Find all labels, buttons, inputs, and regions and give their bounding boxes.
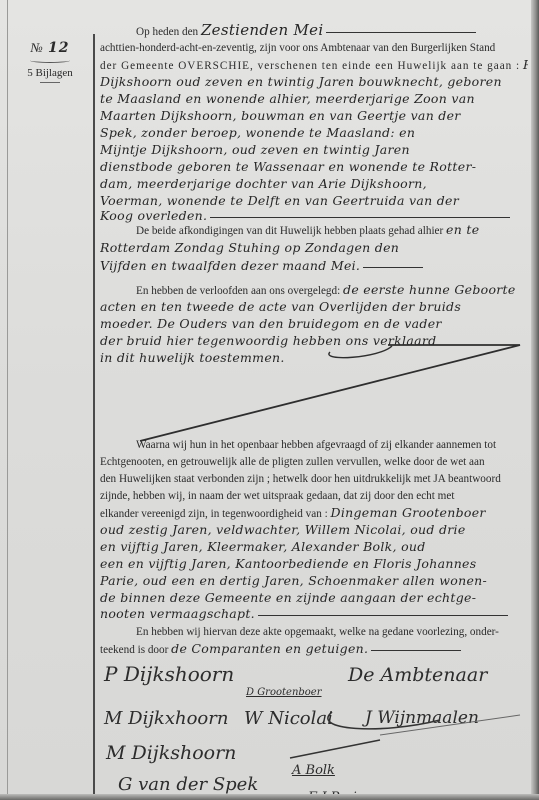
page-edge-shadow — [531, 0, 539, 800]
text-line: moeder. De Ouders van den bruidegom en d… — [100, 316, 528, 334]
margin-rule — [93, 34, 95, 800]
page-bottom-edge — [0, 794, 539, 800]
signature-mother-groom: G van der Spek — [118, 774, 258, 795]
text-line: zijnde, hebben wij, in naam der wet uits… — [100, 488, 528, 506]
text-line: Vijfden en twaalfden dezer maand Mei. — [100, 258, 528, 276]
text-line: Dijkshoorn oud zeven en twintig Jaren bo… — [100, 74, 528, 92]
groom-first-name: Paulus — [523, 57, 528, 72]
signature-official: J Wijnmaalen — [365, 708, 479, 728]
signature-father-groom: M Dijkxhoorn — [104, 708, 228, 729]
text-line: Echtgenooten, en getrouwelijk alle de pl… — [100, 454, 528, 472]
text-line: Rotterdam Zondag Stuhing op Zondagen den — [100, 240, 528, 258]
text-line: in dit huwelijk toestemmen. — [100, 350, 528, 368]
signature-witness-1: D Grootenboer — [246, 687, 322, 698]
text-line: een en vijftig Jaren, Kantoorbediende en… — [100, 556, 528, 574]
text-line: te Maasland en wonende alhier, meerderja… — [100, 91, 528, 109]
text-line: der bruid hier tegenwoordig hebben ons v… — [100, 333, 528, 351]
text-line: En hebben de verloofden aan ons overgele… — [100, 282, 539, 300]
divider — [40, 82, 60, 83]
text-line: acten en ten tweede de acte van Overlijd… — [100, 299, 528, 317]
text-line: den Huwelijken staat verbonden zijn ; he… — [100, 471, 528, 489]
signature-witness-3: A Bolk — [292, 763, 335, 778]
signature-groom: P Dijkshoorn — [104, 662, 234, 686]
date-handwritten: Zestienden Mei — [201, 22, 324, 39]
attachments-count: 5 Bijlagen — [12, 67, 88, 79]
text-line: der Gemeente OVERSCHIE, verschenen ten e… — [100, 57, 528, 75]
text-line: Maarten Dijkshoorn, bouwman en van Geert… — [100, 108, 528, 126]
text-line: Waarna wij hun in het openbaar hebben af… — [100, 437, 539, 455]
margin-annotations: № 12 5 Bijlagen — [12, 40, 88, 83]
text-line: dienstbode geboren te Wassenaar en wonen… — [100, 159, 528, 177]
text-line: nooten vermaagschapt. — [100, 606, 528, 624]
text-line: dam, meerderjarige dochter van Arie Dijk… — [100, 176, 528, 194]
text-line: Mijntje Dijkshoorn, oud zeven en twintig… — [100, 142, 528, 160]
text-line: en vijftig Jaren, Kleermaker, Alexander … — [100, 539, 528, 557]
text-line: De beide afkondigingen van dit Huwelijk … — [100, 222, 539, 240]
signature-official-title: De Ambtenaar — [348, 664, 487, 686]
text-line: oud zestig Jaren, veldwachter, Willem Ni… — [100, 522, 528, 540]
record-number: № 12 — [12, 40, 88, 56]
text-line: Spek, zonder beroep, wonende te Maasland… — [100, 125, 528, 143]
number-value: 12 — [48, 40, 69, 56]
text-line: En hebben wij hiervan deze akte opgemaak… — [100, 624, 539, 642]
signature-bride: M Dijkshoorn — [106, 742, 236, 764]
text-line: Parie, oud een en dertig Jaren, Schoenma… — [100, 573, 528, 591]
text-line: Op heden den Zestienden Mei — [100, 22, 539, 40]
flourish-divider — [30, 58, 70, 63]
signature-witness-2: W Nicolai — [244, 708, 333, 729]
document-page: № 12 5 Bijlagen Op heden den Zestienden … — [0, 0, 539, 800]
page-edge-line — [7, 0, 8, 800]
text-line: achttien-honderd-acht-en-zeventig, zijn … — [100, 40, 528, 58]
signature-block: P Dijkshoorn D Grootenboer De Ambtenaar … — [100, 650, 530, 800]
text-line: elkander vereenigd zijn, in tegenwoordig… — [100, 505, 528, 523]
number-label: № — [31, 40, 44, 55]
